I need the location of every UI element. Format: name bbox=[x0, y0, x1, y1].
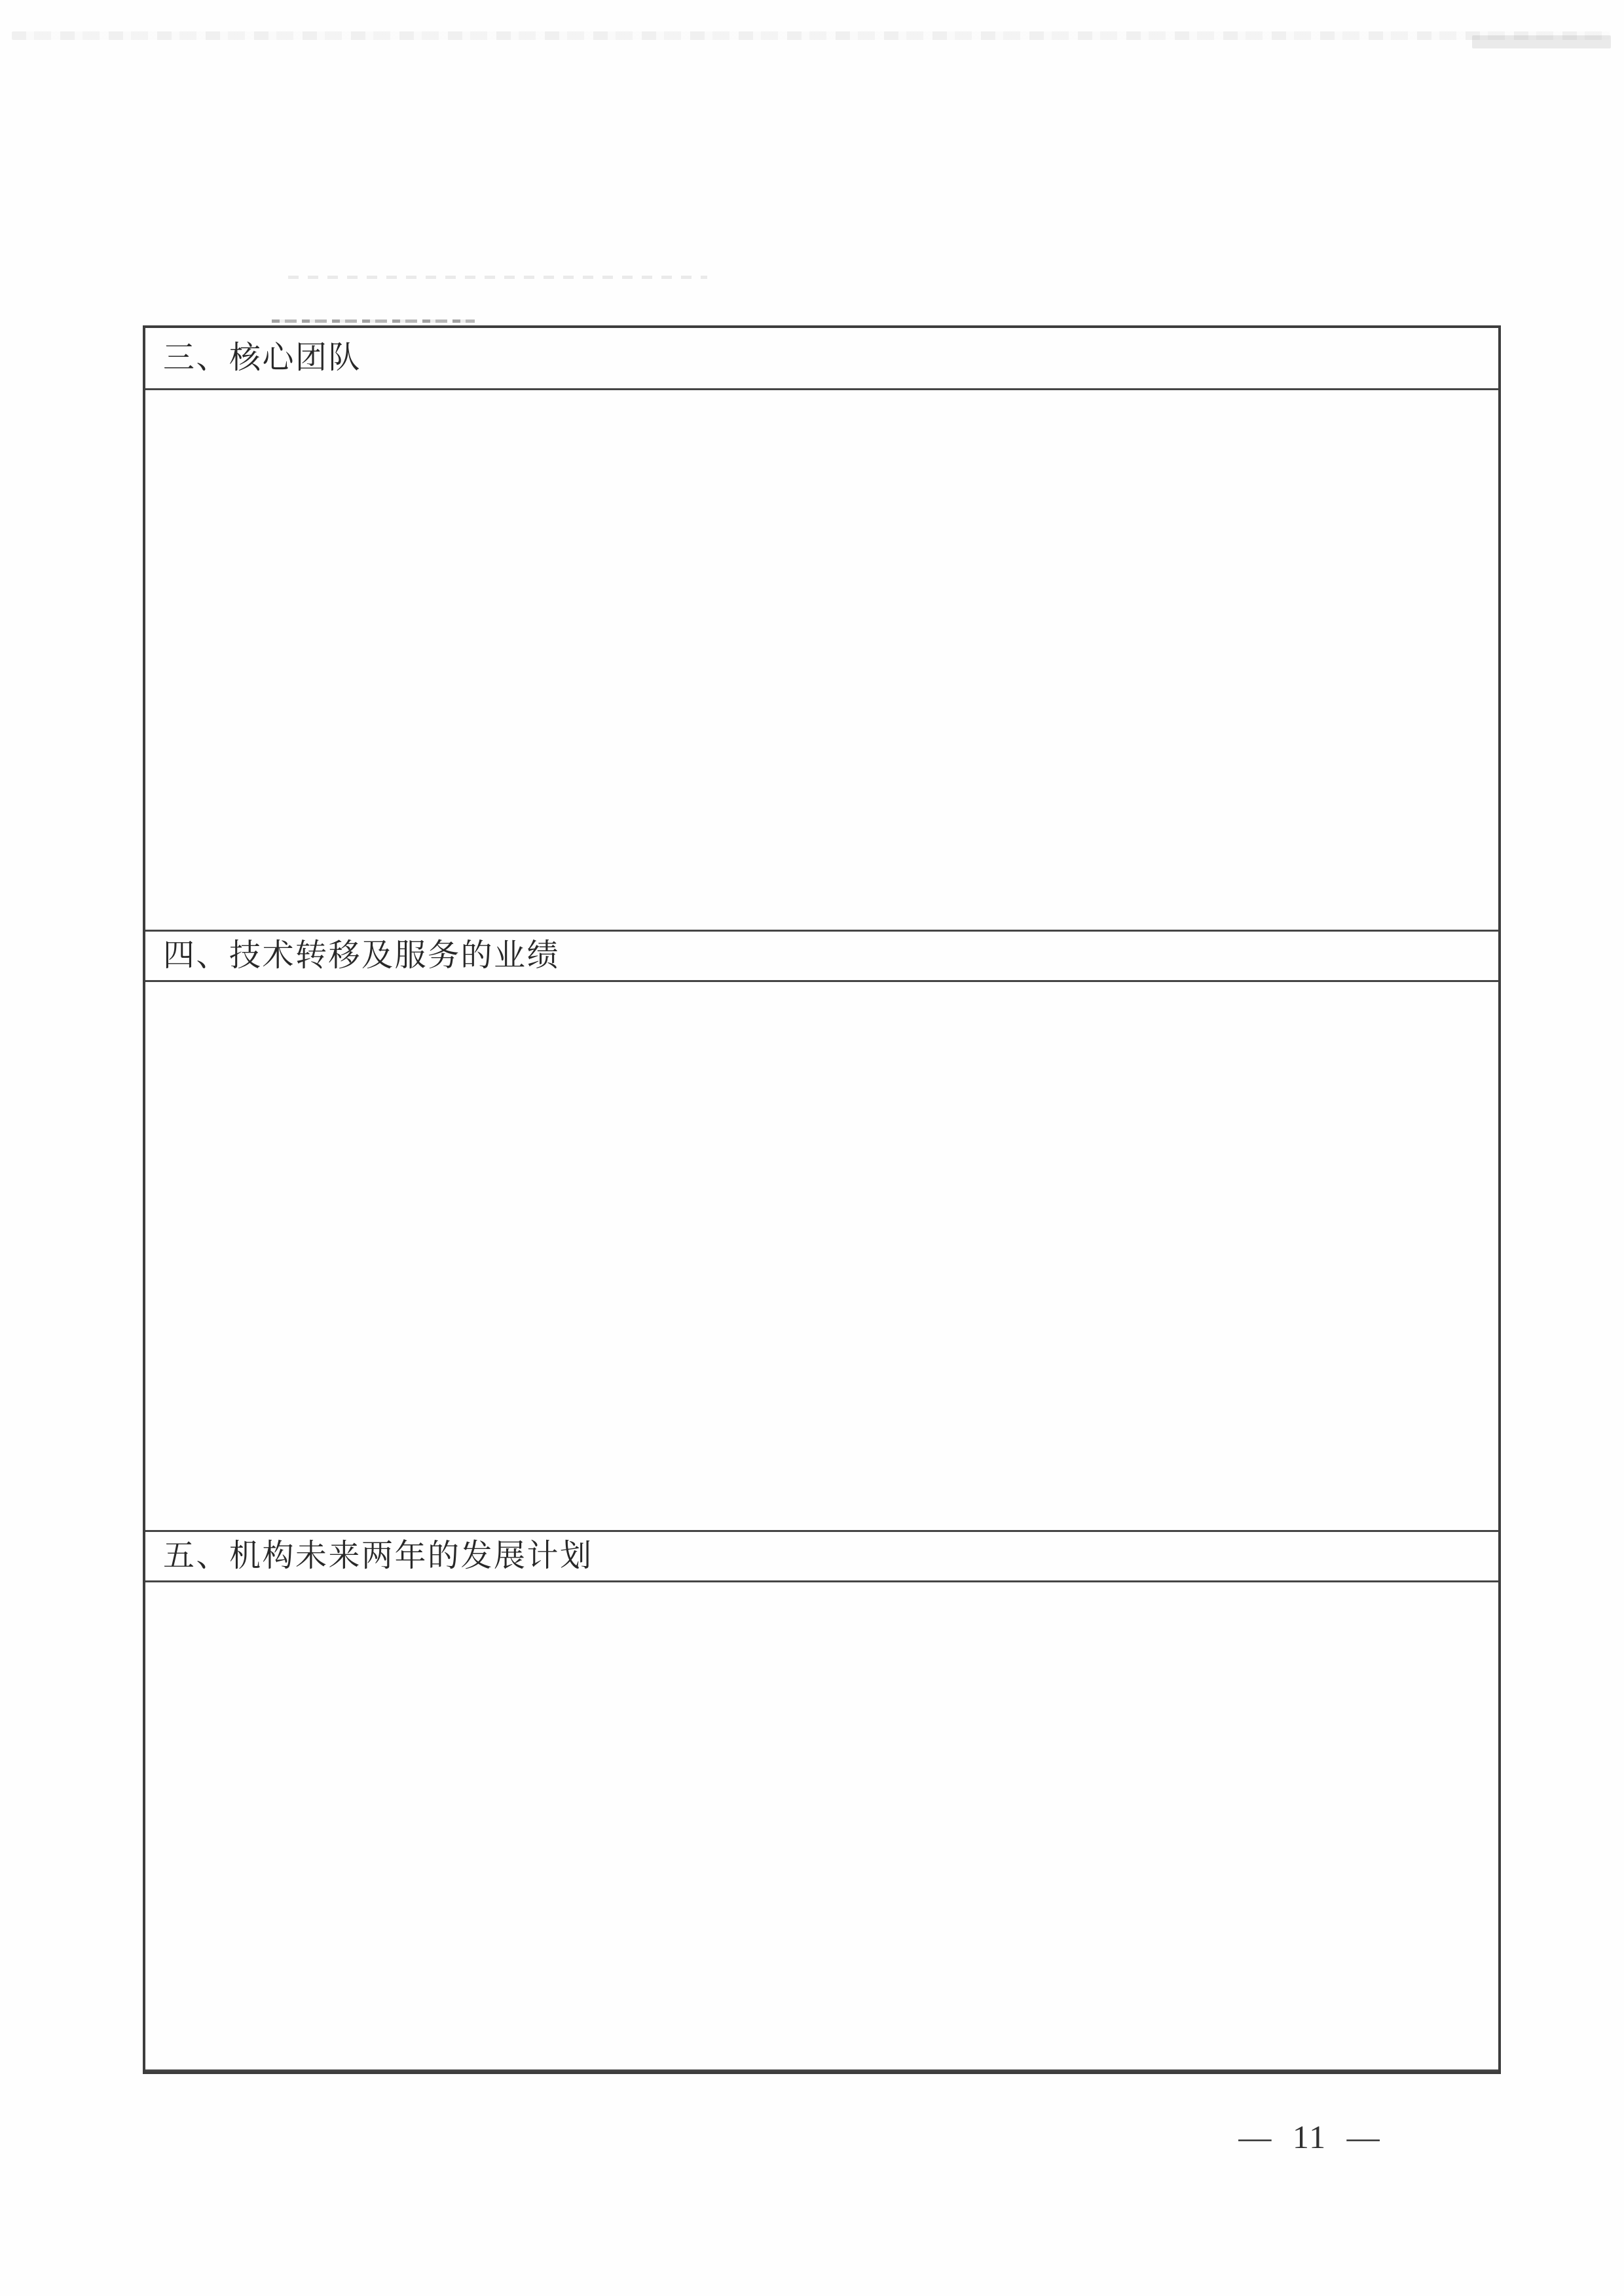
section-title-core-team: 三、核心团队 bbox=[163, 342, 361, 374]
section-title-development-plan: 五、机构未来两年的发展计划 bbox=[163, 1540, 593, 1572]
section-content-transfer-achievements bbox=[145, 982, 1498, 1532]
scan-artifact-streak bbox=[288, 276, 707, 279]
section-content-development-plan bbox=[145, 1582, 1498, 2071]
section-content-core-team bbox=[145, 390, 1498, 932]
section-header-transfer-achievements: 四、技术转移及服务的业绩 bbox=[145, 932, 1498, 982]
section-header-development-plan: 五、机构未来两年的发展计划 bbox=[145, 1532, 1498, 1582]
page-number: — 11 — bbox=[1179, 2117, 1441, 2157]
section-title-transfer-achievements: 四、技术转移及服务的业绩 bbox=[163, 940, 560, 972]
scan-artifact-streak bbox=[272, 319, 475, 323]
scan-noise-band bbox=[12, 31, 1610, 40]
form-table: 三、核心团队 四、技术转移及服务的业绩 五、机构未来两年的发展计划 bbox=[143, 325, 1501, 2074]
scanned-document-page: 三、核心团队 四、技术转移及服务的业绩 五、机构未来两年的发展计划 — 11 — bbox=[0, 0, 1624, 2296]
section-header-core-team: 三、核心团队 bbox=[145, 328, 1498, 390]
scan-noise-chip bbox=[1472, 35, 1611, 48]
